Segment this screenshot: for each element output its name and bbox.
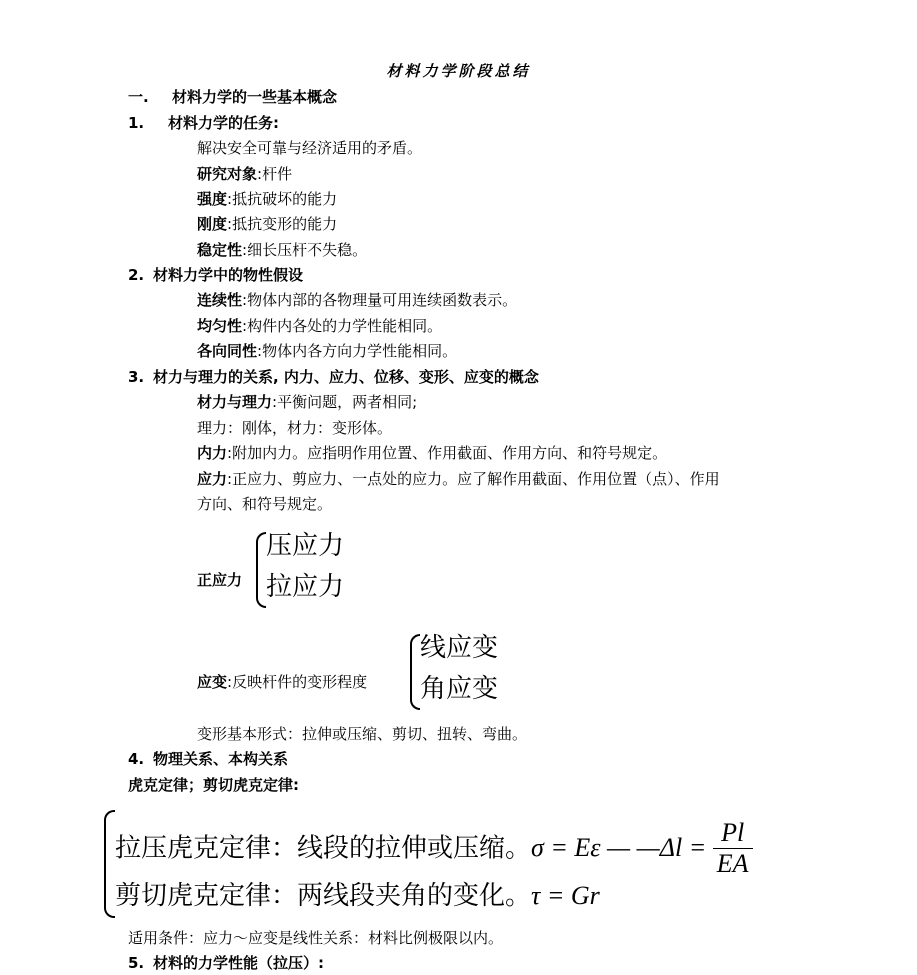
definition-line: 材力与理力:平衡问题，两者相同; [197, 392, 417, 412]
term-label: 应力 [197, 470, 227, 488]
term-text: 细长压杆不失稳。 [247, 241, 367, 259]
normal-stress-label: 正应力 [197, 570, 242, 590]
item-number: 2. [128, 265, 144, 285]
term-text: 物体内部的各物理量可用连续函数表示。 [247, 291, 517, 309]
formula: τ = Gr [531, 881, 600, 910]
section-heading: 材料力学的一些基本概念 [172, 87, 337, 107]
term-text: 杆件 [262, 165, 292, 183]
term-text: 抵抗破坏的能力 [232, 190, 337, 208]
brace-option: 压应力 [266, 526, 344, 566]
law-text: 拉压虎克定律：线段的拉伸或压缩。 [115, 833, 531, 863]
document-title: 材料力学阶段总结 [0, 60, 917, 81]
term-label: 应变 [197, 673, 227, 691]
item-heading: 材料的力学性能（拉压）: [153, 953, 324, 973]
hooke-law-line: 拉压虎克定律：线段的拉伸或压缩。σ = Eε — —Δl = PlEA [115, 820, 753, 881]
definition-line: 研究对象:杆件 [197, 164, 292, 184]
item-heading: 材料力学中的物性假设 [153, 265, 303, 285]
task-line: 解决安全可靠与经济适用的矛盾。 [197, 138, 422, 158]
formula: σ = Eε — —Δl = PlEA [531, 833, 753, 862]
brace-icon [410, 634, 420, 710]
definition-line: 刚度:抵抗变形的能力 [197, 214, 337, 234]
item-number: 1. [128, 113, 144, 133]
item-heading: 材料力学的任务: [168, 113, 279, 133]
term-label: 刚度 [197, 215, 227, 233]
term-label: 内力 [197, 444, 227, 462]
term-text: 反映杆件的变形程度 [232, 673, 367, 691]
definition-line: 均匀性:构件内各处的力学性能相同。 [197, 316, 442, 336]
term-label: 强度 [197, 190, 227, 208]
section-number: 一. [128, 87, 149, 107]
term-label: 各向同性 [197, 342, 257, 360]
term-label: 连续性 [197, 291, 242, 309]
term-text: 物体内各方向力学性能相同。 [262, 342, 457, 360]
definition-line: 连续性:物体内部的各物理量可用连续函数表示。 [197, 290, 517, 310]
item-number: 4. [128, 749, 144, 769]
term-text: 平衡问题，两者相同; [277, 393, 417, 411]
brace-option: 拉应力 [266, 567, 344, 607]
term-label: 稳定性 [197, 241, 242, 259]
brace-option: 线应变 [420, 628, 498, 668]
shear-hooke-law-line: 剪切虎克定律：两线段夹角的变化。τ = Gr [115, 876, 600, 916]
term-text: 附加内力。应指明作用位置、作用截面、作用方向、和符号规定。 [232, 444, 667, 462]
item-number: 3. [128, 367, 144, 387]
item-number: 5. [128, 953, 144, 973]
term-label: 材力与理力 [197, 393, 272, 411]
brace-icon [256, 532, 266, 608]
definition-line: 应力:正应力、剪应力、一点处的应力。应了解作用截面、作用位置（点）、作用 [197, 469, 720, 489]
definition-line: 各向同性:物体内各方向力学性能相同。 [197, 341, 457, 361]
term-text: 正应力、剪应力、一点处的应力。应了解作用截面、作用位置（点）、作用 [232, 470, 720, 488]
term-label: 研究对象 [197, 165, 257, 183]
definition-line: 稳定性:细长压杆不失稳。 [197, 240, 367, 260]
brace-option: 角应变 [420, 669, 498, 709]
term-text: 抵抗变形的能力 [232, 215, 337, 233]
item-subheading: 虎克定律；剪切虎克定律: [128, 775, 299, 795]
strain-line: 应变:反映杆件的变形程度 [197, 672, 367, 692]
definition-line: 内力:附加内力。应指明作用位置、作用截面、作用方向、和符号规定。 [197, 443, 667, 463]
deformation-forms: 变形基本形式：拉伸或压缩、剪切、扭转、弯曲。 [197, 724, 527, 744]
item-heading: 物理关系、本构关系 [153, 749, 288, 769]
term-label: 均匀性 [197, 317, 242, 335]
law-text: 剪切虎克定律：两线段夹角的变化。 [115, 881, 531, 911]
brace-icon [104, 810, 115, 918]
term-text: 构件内各处的力学性能相同。 [247, 317, 442, 335]
condition-line: 适用条件：应力～应变是线性关系：材料比例极限以内。 [128, 928, 503, 948]
definition-line: 强度:抵抗破坏的能力 [197, 189, 337, 209]
definition-line: 方向、和符号规定。 [197, 494, 332, 514]
item-heading: 材力与理力的关系, 内力、应力、位移、变形、应变的概念 [153, 367, 539, 387]
definition-line: 理力：刚体，材力：变形体。 [197, 418, 392, 438]
